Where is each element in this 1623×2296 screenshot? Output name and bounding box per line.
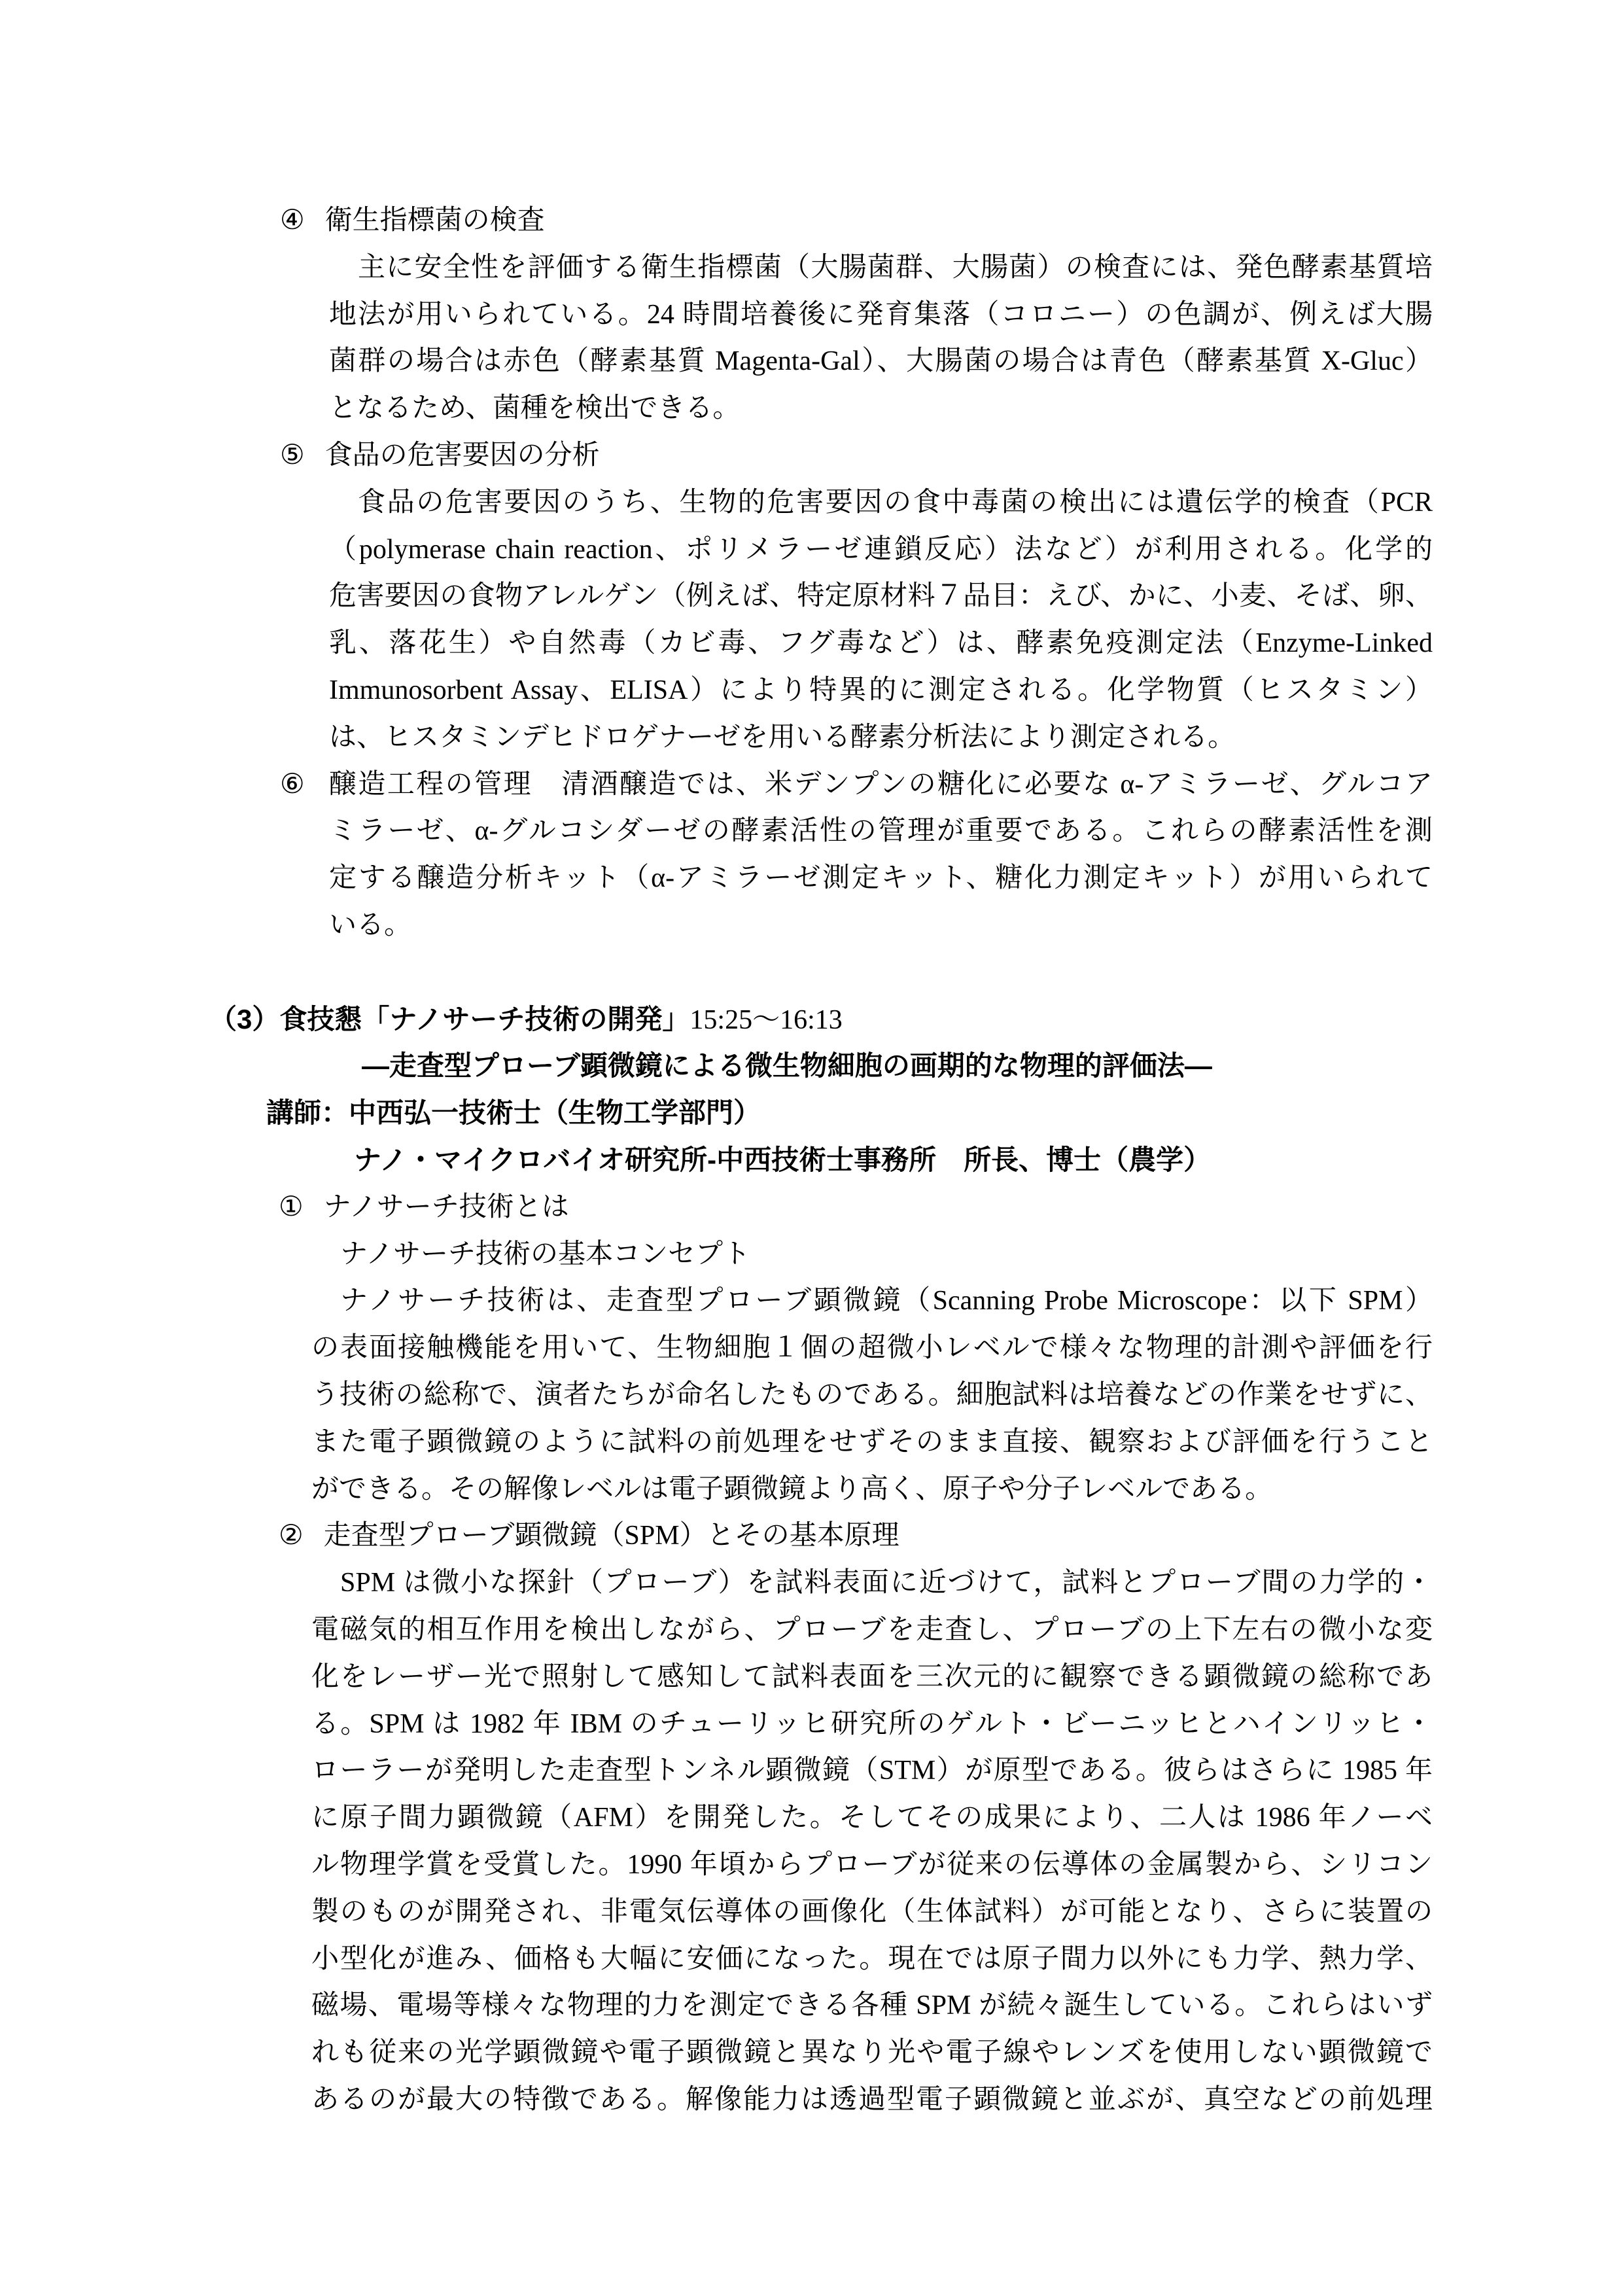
- session-3-title: 食技懇「ナノサーチ技術の開発」: [279, 1004, 689, 1034]
- paragraph-line: いる。: [329, 906, 411, 944]
- paragraph-line: の表面接触機能を用いて、生物細胞１個の超微小レベルで様々な物理的計測や評価を行: [311, 1329, 1433, 1367]
- item-4-heading: ④衛生指標菌の検査: [280, 202, 545, 239]
- paragraph-line: 定する醸造分析キット（α-アミラーゼ測定キット、糖化力測定キット）が用いられて: [329, 859, 1433, 897]
- item-5-heading: ⑤食品の危害要因の分析: [280, 436, 600, 474]
- session-3-number: （3）: [209, 1004, 279, 1034]
- document-page: ④衛生指標菌の検査 主に安全性を評価する衛生指標菌（大腸菌群、大腸菌）の検査には…: [0, 0, 1623, 2296]
- paragraph-line: 地法が用いられている。24 時間培養後に発育集落（コロニー）の色調が、例えば大腸: [329, 296, 1433, 334]
- paragraph-line: ができる。その解像レベルは電子顕微鏡より高く、原子や分子レベルである。: [311, 1470, 1272, 1508]
- paragraph-line: れも従来の光学顕微鏡や電子顕微鏡と異なり光や電子線やレンズを使用しない顕微鏡で: [311, 2034, 1433, 2072]
- session-3-heading: （3）食技懇「ナノサーチ技術の開発」15:25～16:13: [209, 1000, 843, 1039]
- paragraph-line: ナノサーチ技術は、走査型プローブ顕微鏡（Scanning Probe Micro…: [311, 1282, 1433, 1320]
- paragraph-line: （polymerase chain reaction、ポリメラーゼ連鎖反応）法な…: [329, 531, 1433, 569]
- paragraph-line: 磁場、電場等様々な物理的力を測定できる各種 SPM が続々誕生している。これらは…: [311, 1987, 1433, 2024]
- paragraph-line: 化をレーザー光で照射して感知して試料表面を三次元的に観察できる顕微鏡の総称であ: [311, 1658, 1433, 1696]
- paragraph-line: 小型化が進み、価格も大幅に安価になった。現在では原子間力以外にも力学、熱力学、: [311, 1940, 1433, 1978]
- paragraph-line: 製のものが開発され、非電気伝導体の画像化（生体試料）が可能となり、さらに装置の: [311, 1893, 1433, 1931]
- paragraph-line: また電子顕微鏡のように試料の前処理をせずそのまま直接、観察および評価を行うこと: [311, 1423, 1433, 1461]
- paragraph-line: は、ヒスタミンデヒドロゲナーゼを用いる酵素分析法により測定される。: [329, 718, 1235, 756]
- paragraph-line: ル物理学賞を受賞した。1990 年頃からプローブが従来の伝導体の金属製から、シリ…: [311, 1846, 1433, 1884]
- paragraph-line: る。SPM は 1982 年 IBM のチューリッヒ研究所のゲルト・ビーニッヒと…: [311, 1705, 1433, 1743]
- paragraph-line: となるため、菌種を検出できる。: [329, 389, 740, 427]
- item-6-marker: ⑥: [280, 766, 305, 804]
- paragraph-line: 乳、落花生）や自然毒（カビ毒、フグ毒など）は、酵素免疫測定法（Enzyme-Li…: [329, 624, 1433, 662]
- paragraph-line: 菌群の場合は赤色（酵素基質 Magenta-Gal）、大腸菌の場合は青色（酵素基…: [329, 342, 1433, 380]
- paragraph-line: に原子間力顕微鏡（AFM）を開発した。そしてその成果により、二人は 1986 年…: [311, 1799, 1433, 1837]
- item-5-title: 食品の危害要因の分析: [325, 440, 600, 470]
- session-3-subtitle: ―走査型プローブ顕微鏡による微生物細胞の画期的な物理的評価法―: [362, 1047, 1212, 1085]
- paragraph-line: ミラーゼ、α-グルコシダーゼの酵素活性の管理が重要である。これらの酵素活性を測: [329, 812, 1433, 850]
- paragraph-line: 主に安全性を評価する衛生指標菌（大腸菌群、大腸菌）の検査には、発色酵素基質培: [329, 249, 1433, 287]
- paragraph-line: SPM は微小な探針（プローブ）を試料表面に近づけて，試料とプローブ間の力学的・: [311, 1564, 1433, 1602]
- item-2-title: 走査型プローブ顕微鏡（SPM）とその基本原理: [324, 1521, 899, 1551]
- item-1-title: ナノサーチ技術とは: [324, 1192, 569, 1222]
- paragraph-line: 電磁気的相互作用を検出しながら、プローブを走査し、プローブの上下左右の微小な変: [311, 1611, 1433, 1649]
- paragraph-line: 食品の危害要因のうち、生物的危害要因の食中毒菌の検出には遺伝学的検査（PCR: [329, 484, 1433, 521]
- item-4-title: 衛生指標菌の検査: [325, 205, 545, 236]
- paragraph-line: Immunosorbent Assay、ELISA）により特異的に測定される。化…: [329, 671, 1433, 709]
- item-4-marker: ④: [280, 202, 305, 239]
- item-5-marker: ⑤: [280, 436, 305, 474]
- session-3-lecturer: 講師：中西弘一技術士（生物工学部門）: [266, 1094, 761, 1132]
- item-2-marker: ②: [279, 1517, 304, 1555]
- item-1-marker: ①: [279, 1188, 304, 1226]
- item-1-heading: ①ナノサーチ技術とは: [279, 1188, 569, 1226]
- paragraph-line: あるのが最大の特徴である。解像能力は透過型電子顕微鏡と並ぶが、真空などの前処理: [311, 2081, 1433, 2119]
- item-1-subheading: ナノサーチ技術の基本コンセプト: [340, 1235, 750, 1273]
- paragraph-line: 醸造工程の管理 清酒醸造では、米デンプンの糖化に必要な α-アミラーゼ、グルコア: [329, 766, 1433, 804]
- item-2-heading: ②走査型プローブ顕微鏡（SPM）とその基本原理: [279, 1517, 899, 1555]
- session-3-affiliation: ナノ・マイクロバイオ研究所-中西技術士事務所 所長、博士（農学）: [354, 1141, 1211, 1179]
- paragraph-line: う技術の総称で、演者たちが命名したものである。細胞試料は培養などの作業をせずに、: [311, 1376, 1433, 1414]
- paragraph-line: ローラーが発明した走査型トンネル顕微鏡（STM）が原型である。彼らはさらに 19…: [311, 1752, 1433, 1790]
- session-3-time: 15:25～16:13: [689, 1005, 842, 1035]
- paragraph-line: 危害要因の食物アレルゲン（例えば、特定原材料７品目：えび、かに、小麦、そば、卵、: [329, 577, 1433, 615]
